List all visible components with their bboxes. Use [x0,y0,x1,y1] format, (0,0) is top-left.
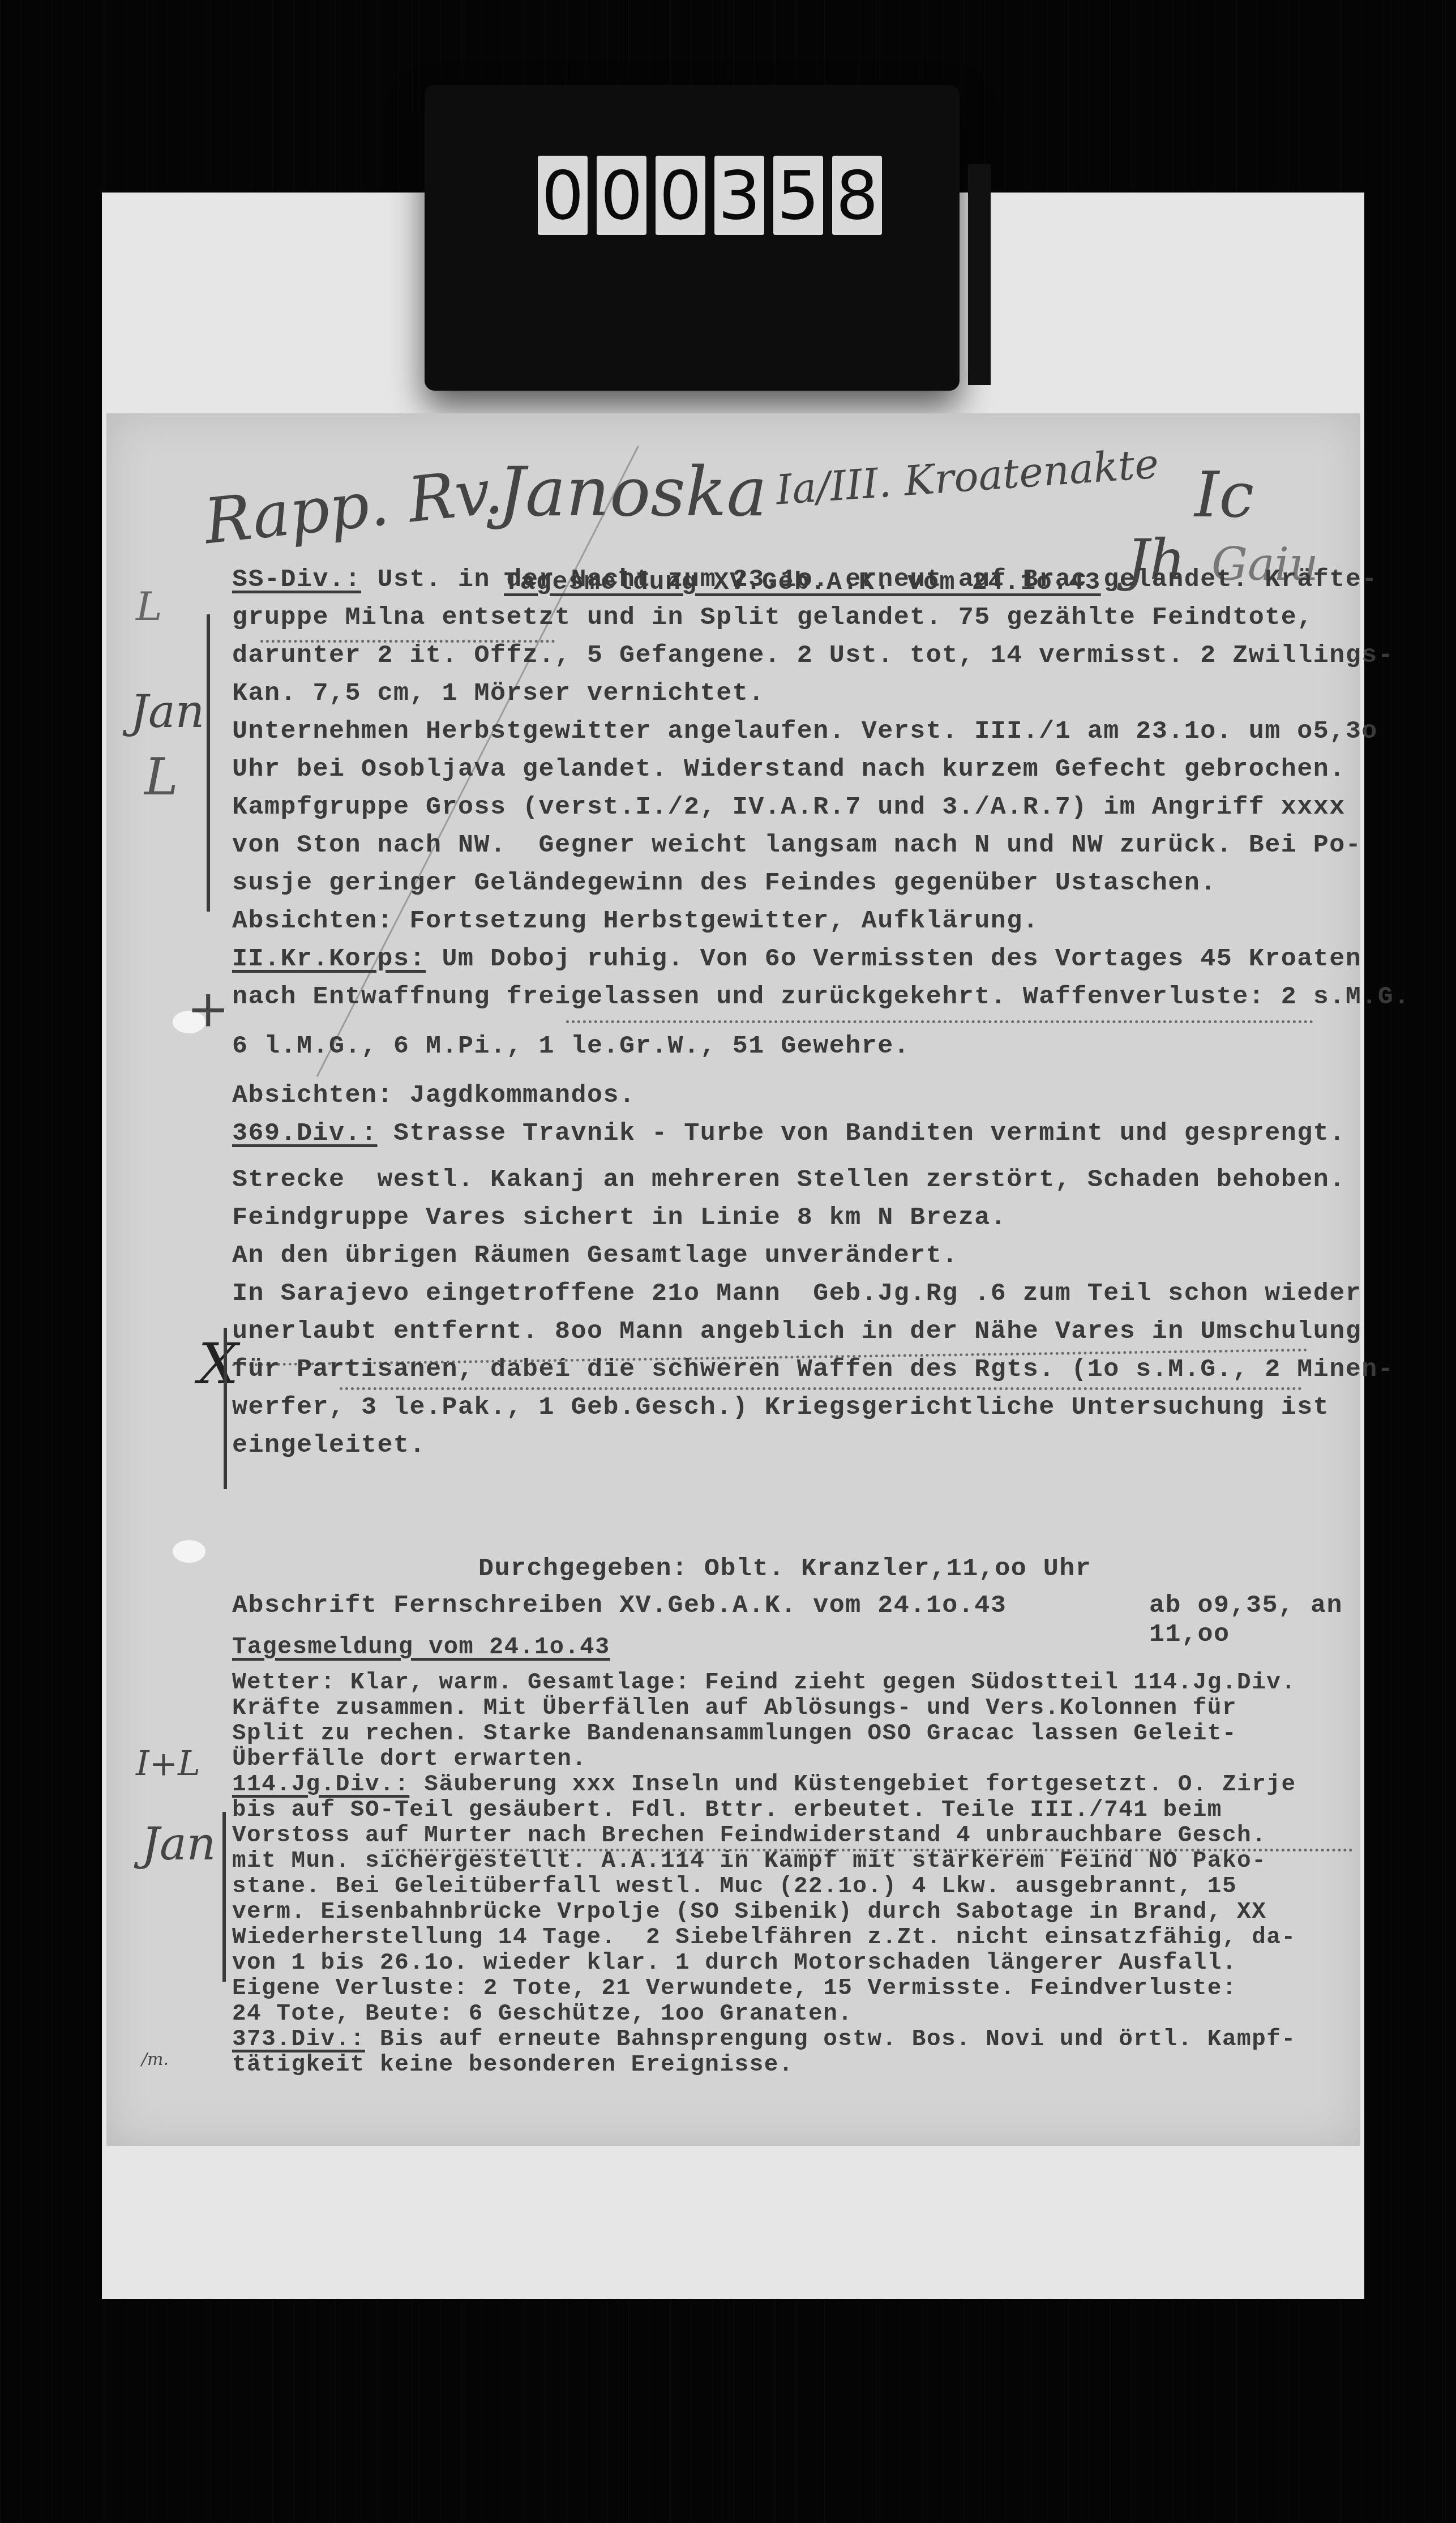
margin-cross: + [187,980,229,1039]
counter-clip [968,164,991,385]
text-line: tätigkeit keine besonderen Ereignisse. [232,2052,1381,2078]
text-line: nach Entwaffnung freigelassen und zurück… [232,978,1381,1016]
counter-digit: 0 [597,156,646,235]
text-line: 24 Tote, Beute: 6 Geschütze, 1oo Granate… [232,2002,1381,2027]
text-line: Kan. 7,5 cm, 1 Mörser vernichtet. [232,674,1381,712]
text-line: Strasse Travnik - Turbe von Banditen ver… [378,1119,1346,1148]
text-line: Ust. in der Nacht zum 23.1o. erneut auf … [361,565,1378,594]
report2-title: Tagesmeldung vom 24.1o.43 [232,1633,1381,1661]
margin-mark-m: /m. [142,2050,169,2069]
report2-title-text: Tagesmeldung vom 24.1o.43 [232,1633,610,1661]
text-line: mit Mun. sichergestellt. A.A.114 in Kamp… [232,1849,1381,1874]
text-line: werfer, 3 le.Pak., 1 Geb.Gesch.) Kriegsg… [232,1388,1381,1426]
text-line: Unternehmen Herbstgewitter angelaufen. V… [232,712,1381,750]
text-line: gruppe Milna entsetzt und in Split gelan… [232,598,1381,636]
text-line: Um Doboj ruhig. Von 6o Vermissten des Vo… [426,944,1361,973]
section-label: 373.Div.: [232,2026,365,2052]
punch-hole [173,1540,205,1563]
text-line: bis auf SO-Teil gesäubert. Fdl. Bttr. er… [232,1798,1381,1823]
text-line: eingeleitet. [232,1426,1381,1464]
counter-digit: 8 [832,156,882,235]
margin-bracket [222,1812,226,1982]
paragraph-ii-kr-korps: II.Kr.Korps: Um Doboj ruhig. Von 6o Verm… [232,940,1381,978]
text-line: stane. Bei Geleitüberfall westl. Muc (22… [232,1874,1381,1900]
text-line: Uhr bei Osobljava gelandet. Widerstand n… [232,750,1381,788]
margin-mark-l2: L [144,747,178,807]
report2-body: Wetter: Klar, warm. Gesamtlage: Feind zi… [232,1670,1381,2078]
margin-bracket [207,614,210,912]
text-line: Vorstoss auf Murter nach Brechen Feindwi… [232,1823,1381,1849]
text-line: für Partisanen, dabei die schweren Waffe… [232,1350,1381,1388]
text-line: von 1 bis 26.1o. wieder klar. 1 durch Mo… [232,1951,1381,1976]
text-line: In Sarajevo eingetroffene 21o Mann Geb.J… [232,1275,1381,1312]
paragraph-373-div: 373.Div.: Bis auf erneute Bahnsprengung … [232,2027,1381,2052]
report1-body: SS-Div.: Ust. in der Nacht zum 23.1o. er… [232,561,1381,1464]
text-line: verm. Eisenbahnbrücke Vrpolje (SO Sibeni… [232,1900,1381,1925]
text-line: susje geringer Geländegewinn des Feindes… [232,864,1381,902]
margin-mark-il: I+L [136,1744,200,1784]
text-line: darunter 2 it. Offz., 5 Gefangene. 2 Ust… [232,636,1381,674]
copy-header: Abschrift Fernschreiben XV.Geb.A.K. vom … [232,1591,1381,1620]
counter-digit: 5 [773,156,823,235]
margin-mark-l: L [136,583,162,630]
text-line: Absichten: Fortsetzung Herbstgewitter, A… [232,902,1381,940]
text-line: Eigene Verluste: 2 Tote, 21 Verwundete, … [232,1976,1381,2002]
text-line: Wetter: Klar, warm. Gesamtlage: Feind zi… [232,1670,1381,1696]
text-line: Säuberung xxx Inseln und Küstengebiet fo… [409,1772,1296,1798]
frame-counter-device [425,85,960,391]
text-line: Kampfgruppe Gross (verst.I./2, IV.A.R.7 … [232,788,1381,826]
frame-counter: 0 0 0 3 5 8 [538,156,882,235]
text-line: von Ston nach NW. Gegner weicht langsam … [232,826,1381,864]
counter-digit: 0 [538,156,588,235]
paragraph-369-div: 369.Div.: Strasse Travnik - Turbe von Ba… [232,1114,1381,1152]
handwritten-signature: Janoska [498,453,767,532]
counter-digit: 0 [656,156,705,235]
section-label: 114.Jg.Div.: [232,1772,409,1798]
text-line: Wiederherstellung 14 Tage. 2 Siebelfähre… [232,1925,1381,1951]
paragraph-ss-div: SS-Div.: Ust. in der Nacht zum 23.1o. er… [232,561,1381,598]
paragraph-114-jg-div: 114.Jg.Div.: Säuberung xxx Inseln und Kü… [232,1772,1381,1798]
text-line: Split zu rechen. Starke Bandenansammlung… [232,1721,1381,1747]
text-line: unerlaubt entfernt. 8oo Mann angeblich i… [232,1312,1381,1350]
transmitted-line: Durchgegeben: Oblt. Kranzler,11,oo Uhr [478,1554,1456,1583]
section-label: 369.Div.: [232,1119,378,1148]
section-label: II.Kr.Korps: [232,944,426,973]
text-line: Feindgruppe Vares sichert in Linie 8 km … [232,1199,1381,1237]
margin-mark-jan2: Jan [142,1818,216,1870]
copy-header-left: Abschrift Fernschreiben XV.Geb.A.K. vom … [232,1591,1007,1620]
text-line: Bis auf erneute Bahnsprengung ostw. Bos.… [365,2026,1296,2052]
handwritten-initials-ic: Ic [1194,459,1254,531]
margin-bracket [224,1328,227,1489]
counter-digit: 3 [714,156,764,235]
margin-mark-jan: Jan [130,685,204,738]
text-line: An den übrigen Räumen Gesamtlage unverän… [232,1237,1381,1275]
text-line: Überfälle dort erwarten. [232,1747,1381,1772]
section-label: SS-Div.: [232,565,361,594]
text-line: Kräfte zusammen. Mit Überfällen auf Ablö… [232,1696,1381,1721]
text-line: 6 l.M.G., 6 M.Pi., 1 le.Gr.W., 51 Gewehr… [232,1027,1381,1065]
text-line: Absichten: Jagdkommandos. [232,1076,1381,1114]
text-line: Strecke westl. Kakanj an mehreren Stelle… [232,1161,1381,1199]
